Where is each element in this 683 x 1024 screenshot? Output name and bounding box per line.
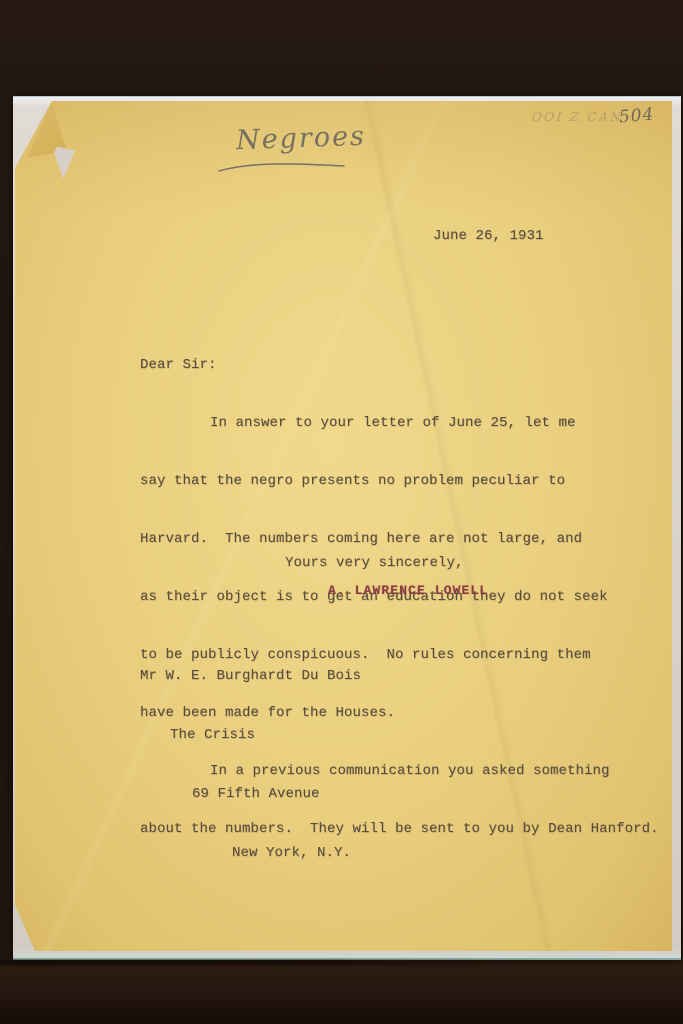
photo-of-letter: Negroes OOI Z CAN 504 June 26, 1931 Dear… [0, 0, 683, 1024]
faint-pencil-annotation: OOI Z CAN [531, 110, 624, 124]
address-line: 69 Fifth Avenue [140, 781, 361, 808]
handwritten-subject: Negroes [235, 121, 366, 157]
salutation: Dear Sir: [140, 352, 640, 378]
address-line: Mr W. E. Burghardt Du Bois [140, 663, 361, 690]
body-line: Harvard. The numbers coming here are not… [140, 526, 640, 552]
address-line: New York, N.Y. [140, 840, 361, 867]
address-line: The Crisis [140, 722, 361, 749]
table-edge-seam [0, 960, 683, 965]
body-line: In answer to your letter of June 25, let… [140, 410, 640, 436]
letter-date: June 26, 1931 [433, 228, 544, 244]
pencil-underline-stroke [216, 158, 348, 179]
torn-notch-hole [54, 145, 75, 179]
recipient-address: Mr W. E. Burghardt Du Bois The Crisis 69… [140, 631, 361, 899]
closing: Yours very sincerely, [285, 550, 464, 576]
page-number-annotation: 504 [618, 104, 655, 127]
signature-stamp: A. LAWRENCE LOWELL [328, 578, 488, 604]
body-line: say that the negro presents no problem p… [140, 468, 640, 494]
